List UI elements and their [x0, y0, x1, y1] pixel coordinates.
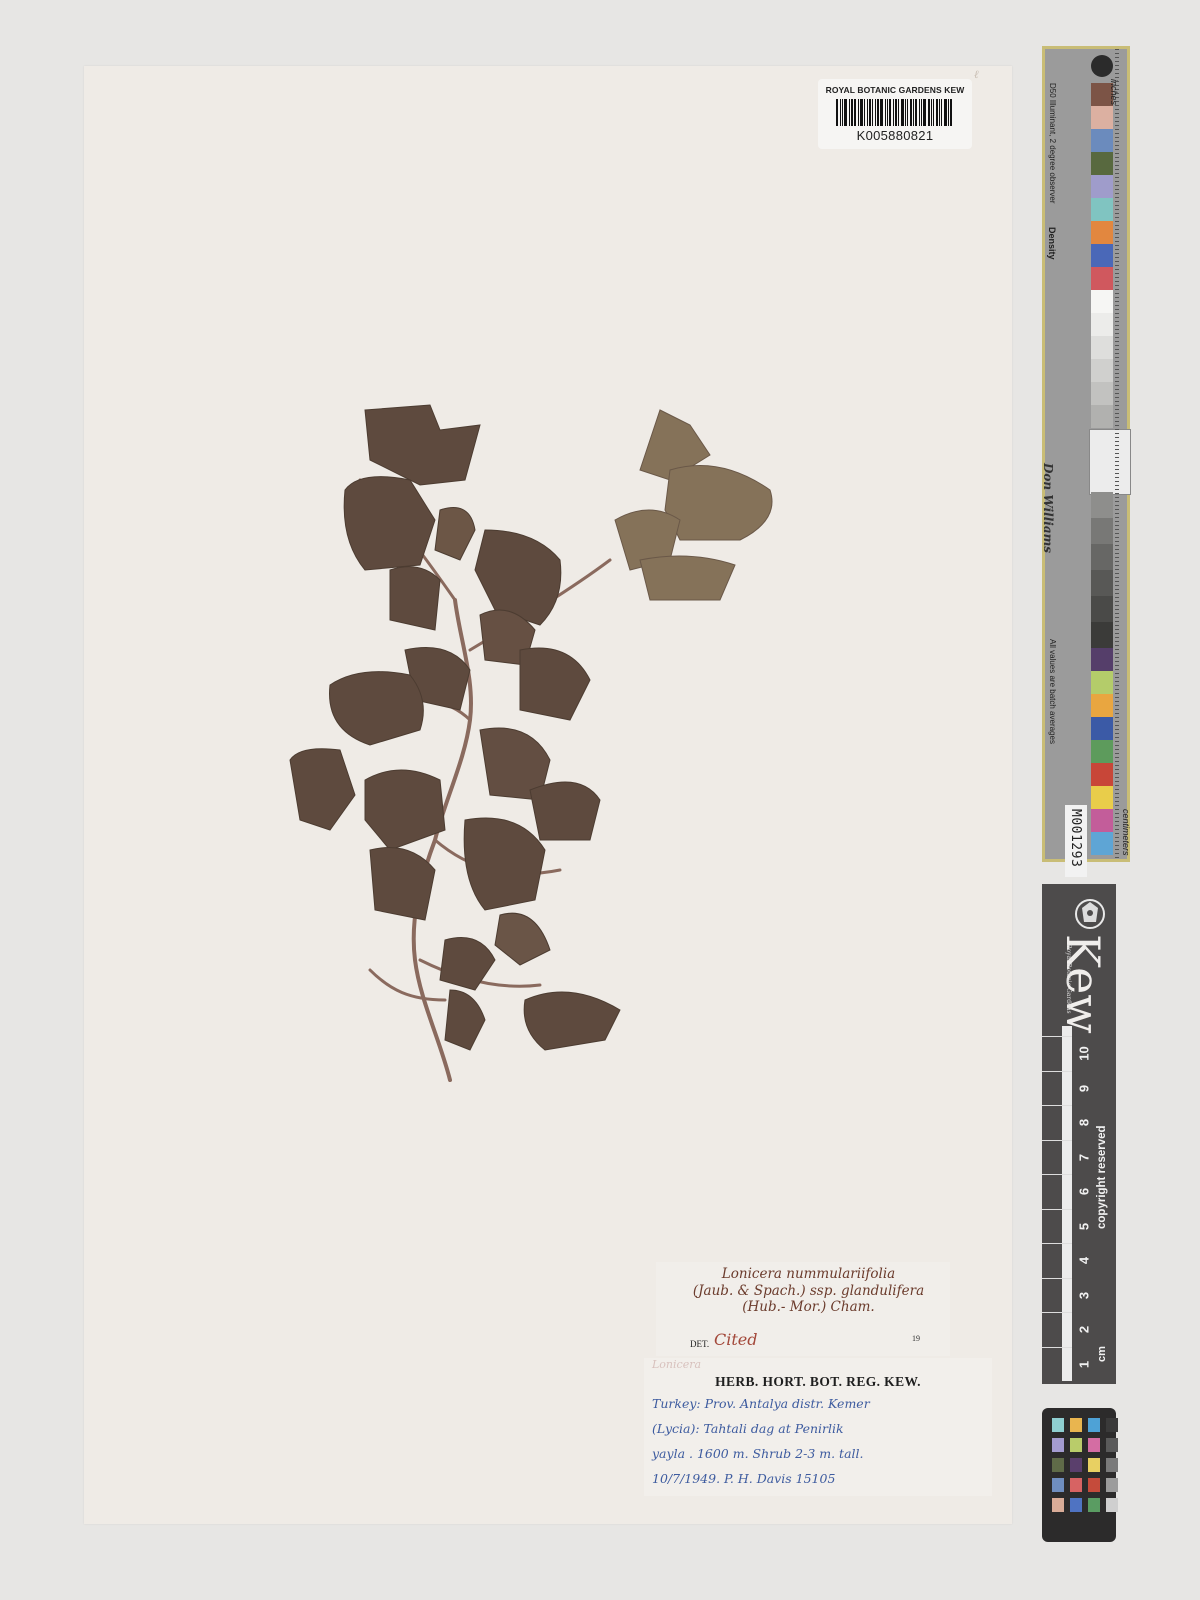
scale-block: [1042, 1140, 1072, 1175]
barcode-bar: [905, 99, 906, 126]
taxon-name: Lonicera nummulariifolia (Jaub. & Spach.…: [666, 1266, 951, 1316]
det-label: DET.: [690, 1339, 709, 1349]
scale-number: 5: [1077, 1218, 1092, 1234]
barcode-bar: [836, 99, 838, 126]
scale-number: 6: [1077, 1184, 1092, 1200]
color-swatch: [1091, 622, 1113, 648]
color-swatch: [1091, 336, 1113, 359]
scale-number: 7: [1077, 1149, 1092, 1165]
barcode-bar: [851, 99, 853, 126]
barcode-bar: [849, 99, 850, 126]
checker-swatch: [1106, 1458, 1118, 1472]
cm-unit-label: cm: [1096, 1346, 1108, 1362]
scale-block: [1042, 1071, 1072, 1106]
barcode-bar: [889, 99, 891, 126]
color-swatch: [1091, 405, 1113, 428]
checker-swatch: [1052, 1438, 1064, 1452]
barcode-bar: [893, 99, 894, 126]
cm-scale: 12345678910: [1042, 1026, 1072, 1381]
barcode-bar: [875, 99, 876, 126]
chart-signature: Don Williams: [1041, 463, 1055, 553]
color-swatch: [1091, 129, 1113, 152]
checker-swatch: [1052, 1478, 1064, 1492]
barcode-label: ROYAL BOTANIC GARDENS KEW K005880821: [818, 79, 972, 149]
registration-dot-icon: [1091, 55, 1113, 77]
barcode-bar: [860, 99, 863, 126]
centimeters-label: centimeters: [1121, 809, 1131, 856]
color-swatch: [1091, 313, 1113, 336]
barcode-bar: [950, 99, 952, 126]
checker-swatch: [1070, 1458, 1082, 1472]
density-label: Density: [1047, 227, 1057, 260]
det-by: Cited: [714, 1330, 758, 1349]
color-swatch: [1091, 809, 1113, 832]
checker-swatch: [1070, 1418, 1082, 1432]
color-swatch: [1091, 382, 1113, 405]
scale-block: [1042, 1036, 1072, 1071]
scale-number: 4: [1077, 1253, 1092, 1269]
collection-line: (Lycia): Tahtali dag at Penirlik: [652, 1421, 844, 1436]
color-swatch: [1091, 267, 1113, 290]
determination-slip: Lonicera nummulariifolia (Jaub. & Spach.…: [656, 1262, 950, 1356]
checker-swatch: [1070, 1438, 1082, 1452]
checker-swatch: [1088, 1418, 1100, 1432]
color-swatch: [1091, 717, 1113, 740]
barcode-bar: [872, 99, 873, 126]
color-swatch: [1091, 198, 1113, 221]
copyright-text: copyright reserved: [1096, 1125, 1108, 1229]
barcode-bar: [880, 99, 883, 126]
barcode-bar: [941, 99, 942, 126]
color-swatch: [1091, 492, 1113, 518]
batch-footnote: All values are batch averages: [1048, 639, 1057, 744]
color-swatch: [1091, 740, 1113, 763]
scale-number: 1: [1077, 1356, 1092, 1372]
barcode-bar: [933, 99, 934, 126]
barcode-bar: [944, 99, 947, 126]
collection-line: yayla . 1600 m. Shrub 2-3 m. tall.: [652, 1446, 864, 1461]
color-swatch: [1091, 763, 1113, 786]
barcode-bar: [928, 99, 930, 126]
color-swatch: [1091, 359, 1113, 382]
checker-swatch: [1052, 1458, 1064, 1472]
barcode-bar: [898, 99, 899, 126]
barcode-bar: [936, 99, 938, 126]
color-swatch: [1091, 786, 1113, 809]
scale-block: [1042, 1312, 1072, 1347]
scale-number: 8: [1077, 1115, 1092, 1131]
barcode-bar: [844, 99, 847, 126]
barcode-bar: [869, 99, 871, 126]
checker-grid: [1052, 1418, 1118, 1512]
checker-swatch: [1052, 1418, 1064, 1432]
barcode-bar: [840, 99, 841, 126]
scale-block: [1042, 1278, 1072, 1313]
color-swatch: [1091, 671, 1113, 694]
plant-specimen: [270, 400, 790, 1100]
collection-line: 10/7/1949. P. H. Davis 15105: [652, 1471, 835, 1486]
barcode-bar: [885, 99, 886, 126]
herbarium-label: Lonicera HERB. HORT. BOT. REG. KEW. Turk…: [644, 1358, 992, 1496]
taxon-line: (Jaub. & Spach.) ssp. glandulifera: [666, 1283, 951, 1300]
barcode-icon: [836, 99, 954, 126]
barcode-bar: [919, 99, 920, 126]
checker-swatch: [1088, 1438, 1100, 1452]
checker-swatch: [1088, 1458, 1100, 1472]
barcode-bar: [887, 99, 888, 126]
inches-label: inches: [1109, 79, 1119, 105]
barcode-bar: [864, 99, 865, 126]
barcode-bar: [895, 99, 897, 126]
color-swatch: [1091, 596, 1113, 622]
color-swatch: [1091, 106, 1113, 129]
color-swatch: [1091, 832, 1113, 855]
color-checker: [1042, 1408, 1116, 1542]
barcode-bar: [910, 99, 912, 126]
kew-subtitle: Royal Botanic Gardens: [1065, 944, 1072, 1014]
herbarium-title: HERB. HORT. BOT. REG. KEW.: [644, 1374, 992, 1390]
color-swatch: [1091, 244, 1113, 267]
color-swatch: [1091, 175, 1113, 198]
scale-number: 3: [1077, 1287, 1092, 1303]
scale-block: [1042, 1209, 1072, 1244]
barcode-bar: [907, 99, 908, 126]
barcode-bar: [923, 99, 926, 126]
color-swatch: [1091, 648, 1113, 671]
checker-swatch: [1106, 1478, 1118, 1492]
color-swatch: [1091, 544, 1113, 570]
barcode-number: K005880821: [818, 128, 972, 143]
scale-block: [1042, 1174, 1072, 1209]
checker-swatch: [1070, 1498, 1082, 1512]
barcode-bar: [948, 99, 949, 126]
scale-number: 2: [1077, 1322, 1092, 1338]
checker-swatch: [1106, 1438, 1118, 1452]
checker-swatch: [1106, 1418, 1118, 1432]
scale-number: 10: [1077, 1046, 1092, 1062]
taxon-line: Lonicera nummulariifolia: [666, 1266, 951, 1283]
det-year: 19: [912, 1334, 920, 1343]
barcode-bar: [931, 99, 932, 126]
reference-id-tag: M001293: [1065, 805, 1087, 877]
checker-swatch: [1088, 1498, 1100, 1512]
royal-crest-icon: [1070, 894, 1110, 934]
illuminant-text: D50 Illuminant, 2 degree observer: [1048, 83, 1057, 204]
pencil-mark: ℓ: [974, 68, 979, 81]
barcode-bar: [877, 99, 879, 126]
color-calibration-strip: D50 Illuminant, 2 degree observer Densit…: [1042, 46, 1130, 862]
color-swatch: [1091, 694, 1113, 717]
swatch-column: [1091, 83, 1113, 855]
barcode-bar: [915, 99, 917, 126]
reference-id: M001293: [1068, 809, 1083, 867]
barcode-bar: [939, 99, 940, 126]
scale-number: 9: [1077, 1080, 1092, 1096]
checker-swatch: [1070, 1478, 1082, 1492]
checker-swatch: [1106, 1498, 1118, 1512]
checker-swatch: [1052, 1498, 1064, 1512]
scale-block: [1042, 1347, 1072, 1382]
color-swatch: [1091, 152, 1113, 175]
barcode-bar: [867, 99, 868, 126]
color-swatch: [1091, 570, 1113, 596]
barcode-institution: ROYAL BOTANIC GARDENS KEW: [818, 85, 972, 95]
faint-genus-note: Lonicera: [652, 1358, 701, 1371]
scale-block: [1042, 1243, 1072, 1278]
barcode-bar: [842, 99, 843, 126]
taxon-line: (Hub.- Mor.) Cham.: [666, 1299, 951, 1316]
color-swatch: [1091, 518, 1113, 544]
barcode-bar: [901, 99, 904, 126]
barcode-bar: [913, 99, 914, 126]
color-swatch: [1091, 221, 1113, 244]
barcode-bar: [858, 99, 859, 126]
barcode-bar: [854, 99, 856, 126]
collection-line: Turkey: Prov. Antalya distr. Kemer: [652, 1396, 870, 1411]
color-swatch: [1091, 290, 1113, 313]
barcode-bar: [921, 99, 922, 126]
scale-block: [1042, 1105, 1072, 1140]
checker-swatch: [1088, 1478, 1100, 1492]
kew-scale-bar: Kew Royal Botanic Gardens 12345678910 co…: [1042, 884, 1116, 1384]
ruler-ticks: [1115, 49, 1129, 859]
